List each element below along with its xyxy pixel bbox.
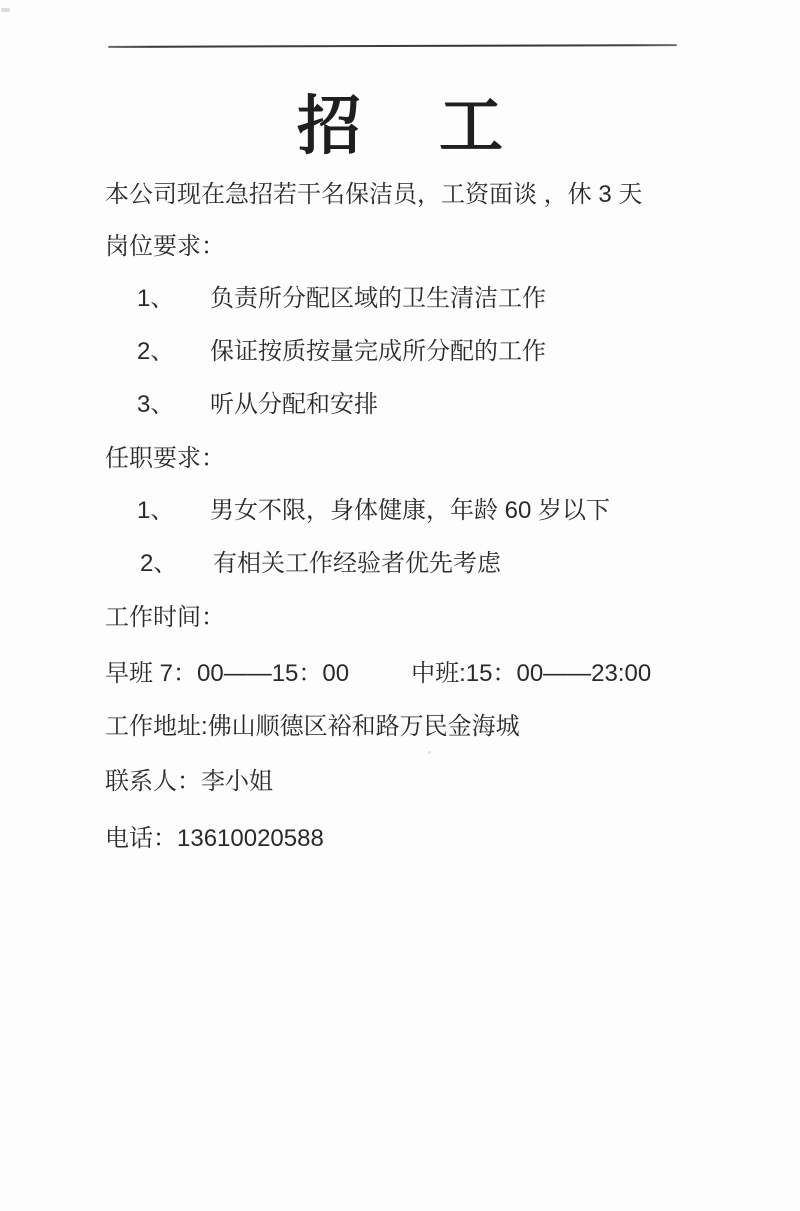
list-item: 1、负责所分配区域的卫生清洁工作 (137, 283, 546, 314)
list-item: 2、保证按质按量完成所分配的工作 (137, 336, 546, 367)
section-heading-candidate-requirements: 任职要求： (105, 443, 225, 474)
scan-artifact-speck (1, 8, 10, 12)
list-item-text: 保证按质按量完成所分配的工作 (210, 338, 546, 365)
phone-number-line: 电话：13610020588 (105, 823, 324, 854)
scan-artifact-speck (428, 751, 431, 754)
title-char-zhao: 招 (297, 90, 361, 164)
shift-line: 早班 7：00——15：00中班:15：00——23:00 (105, 658, 651, 689)
scanned-recruitment-notice: 招 工 本公司现在急招若干名保洁员，工资面谈 ，休 3 天 岗位要求： 1、负责… (0, 0, 800, 1211)
page-title: 招 工 (0, 90, 800, 164)
list-item-number: 2、 (140, 548, 213, 579)
contact-person-line: 联系人：李小姐 (105, 766, 273, 797)
list-item: 3、听从分配和安排 (137, 389, 378, 420)
intro-line: 本公司现在急招若干名保洁员，工资面谈 ，休 3 天 (105, 179, 642, 210)
list-item-number: 1、 (137, 283, 210, 314)
list-item-text: 听从分配和安排 (210, 391, 378, 418)
list-item-text: 男女不限，身体健康，年龄 60 岁以下 (210, 497, 610, 524)
list-item-text: 有相关工作经验者优先考虑 (213, 550, 501, 577)
title-char-gong: 工 (439, 90, 503, 164)
list-item-number: 1、 (137, 495, 210, 526)
top-divider-line (108, 44, 677, 48)
work-address-line: 工作地址:佛山顺德区裕和路万民金海城 (105, 711, 520, 742)
middle-shift: 中班:15：00——23:00 (411, 660, 651, 687)
list-item-number: 3、 (137, 389, 210, 420)
section-heading-work-time: 工作时间： (105, 602, 225, 633)
list-item-number: 2、 (137, 336, 210, 367)
section-heading-position-requirements: 岗位要求： (105, 231, 225, 262)
list-item: 2、有相关工作经验者优先考虑 (140, 548, 501, 579)
list-item-text: 负责所分配区域的卫生清洁工作 (210, 285, 546, 312)
list-item: 1、男女不限，身体健康，年龄 60 岁以下 (137, 495, 610, 526)
morning-shift: 早班 7：00——15：00 (105, 660, 349, 687)
